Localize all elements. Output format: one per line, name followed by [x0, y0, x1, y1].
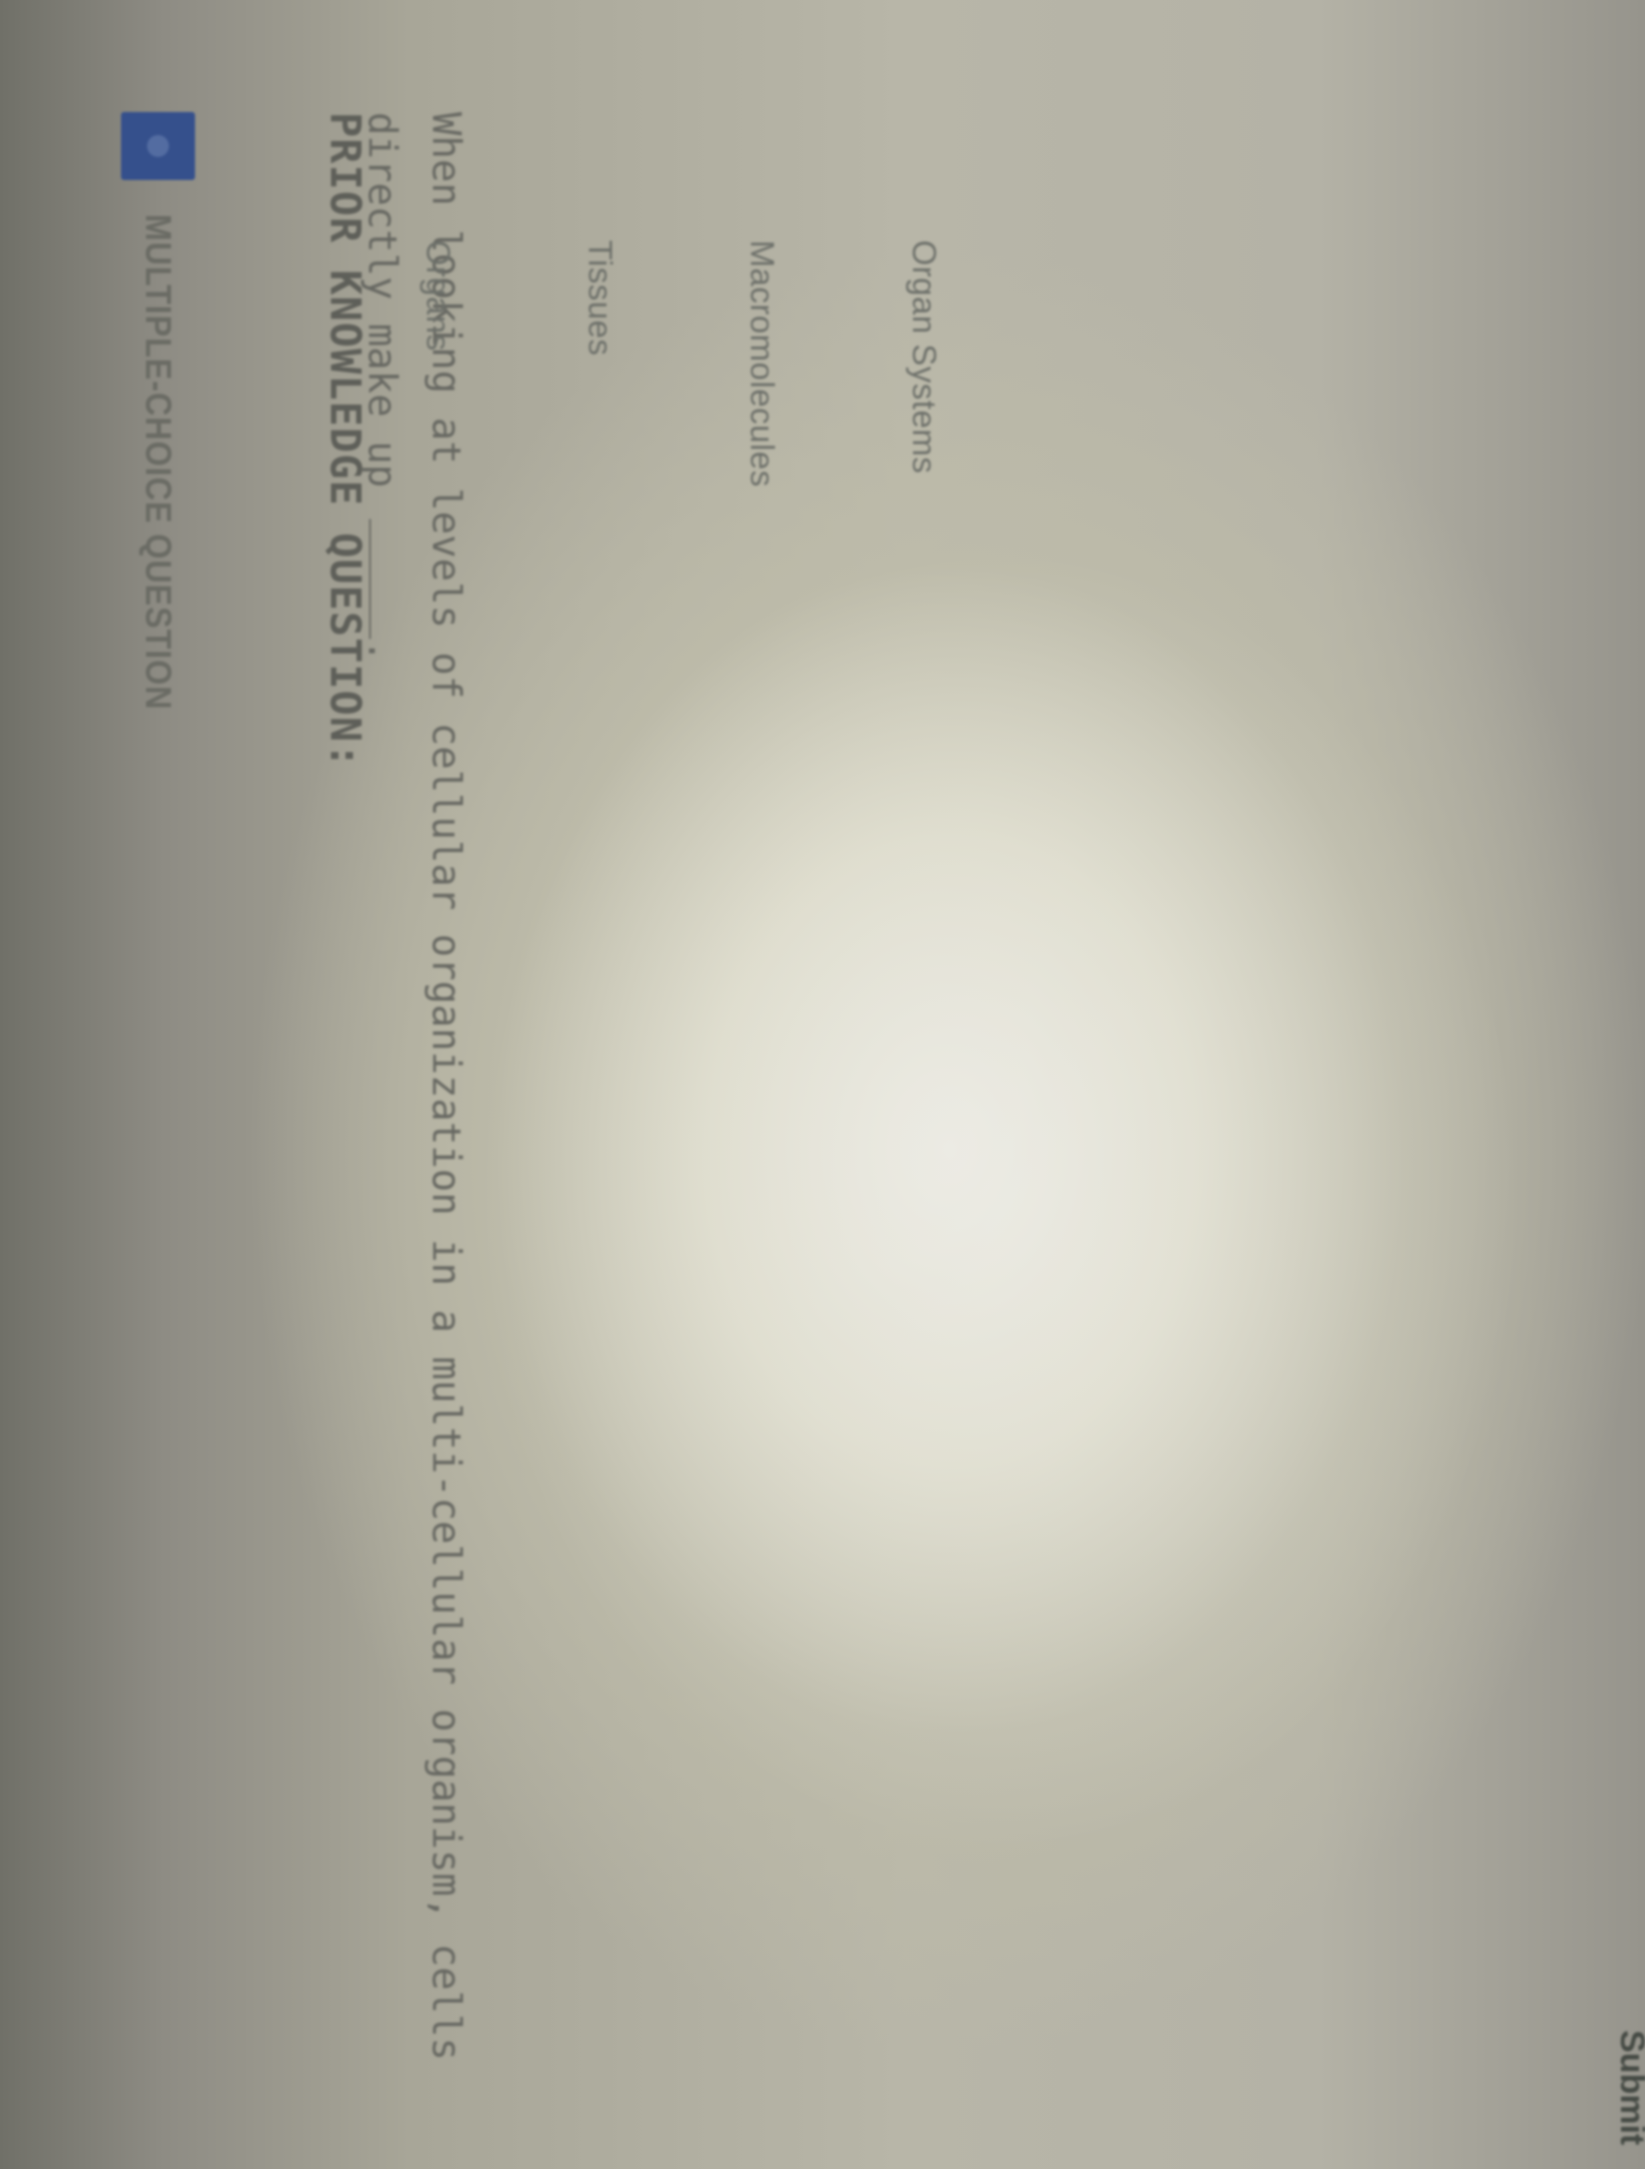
submit-button[interactable]: Submit — [1611, 2030, 1645, 2169]
option-label: Macromolecules — [743, 240, 781, 487]
option-label: Organs — [419, 240, 457, 351]
option-macromolecules[interactable]: Macromolecules — [681, 240, 843, 487]
question-badge-icon — [121, 112, 195, 180]
option-label: Tissues — [581, 240, 619, 356]
badge-glyph — [147, 135, 169, 157]
question-header: MULTIPLE-CHOICE QUESTION — [121, 112, 195, 765]
answer-options: Organ Systems Macromolecules Tissues Org… — [357, 240, 1005, 487]
option-label: Organ Systems — [905, 240, 943, 474]
question-text-suffix: . — [359, 639, 404, 662]
quiz-screen: MULTIPLE-CHOICE QUESTION PRIOR KNOWLEDGE… — [0, 0, 1645, 2169]
question-type-label: MULTIPLE-CHOICE QUESTION — [137, 214, 179, 710]
option-organs[interactable]: Organs — [357, 240, 519, 487]
option-tissues[interactable]: Tissues — [519, 240, 681, 487]
option-organ-systems[interactable]: Organ Systems — [843, 240, 1005, 487]
answer-blank — [369, 519, 401, 639]
